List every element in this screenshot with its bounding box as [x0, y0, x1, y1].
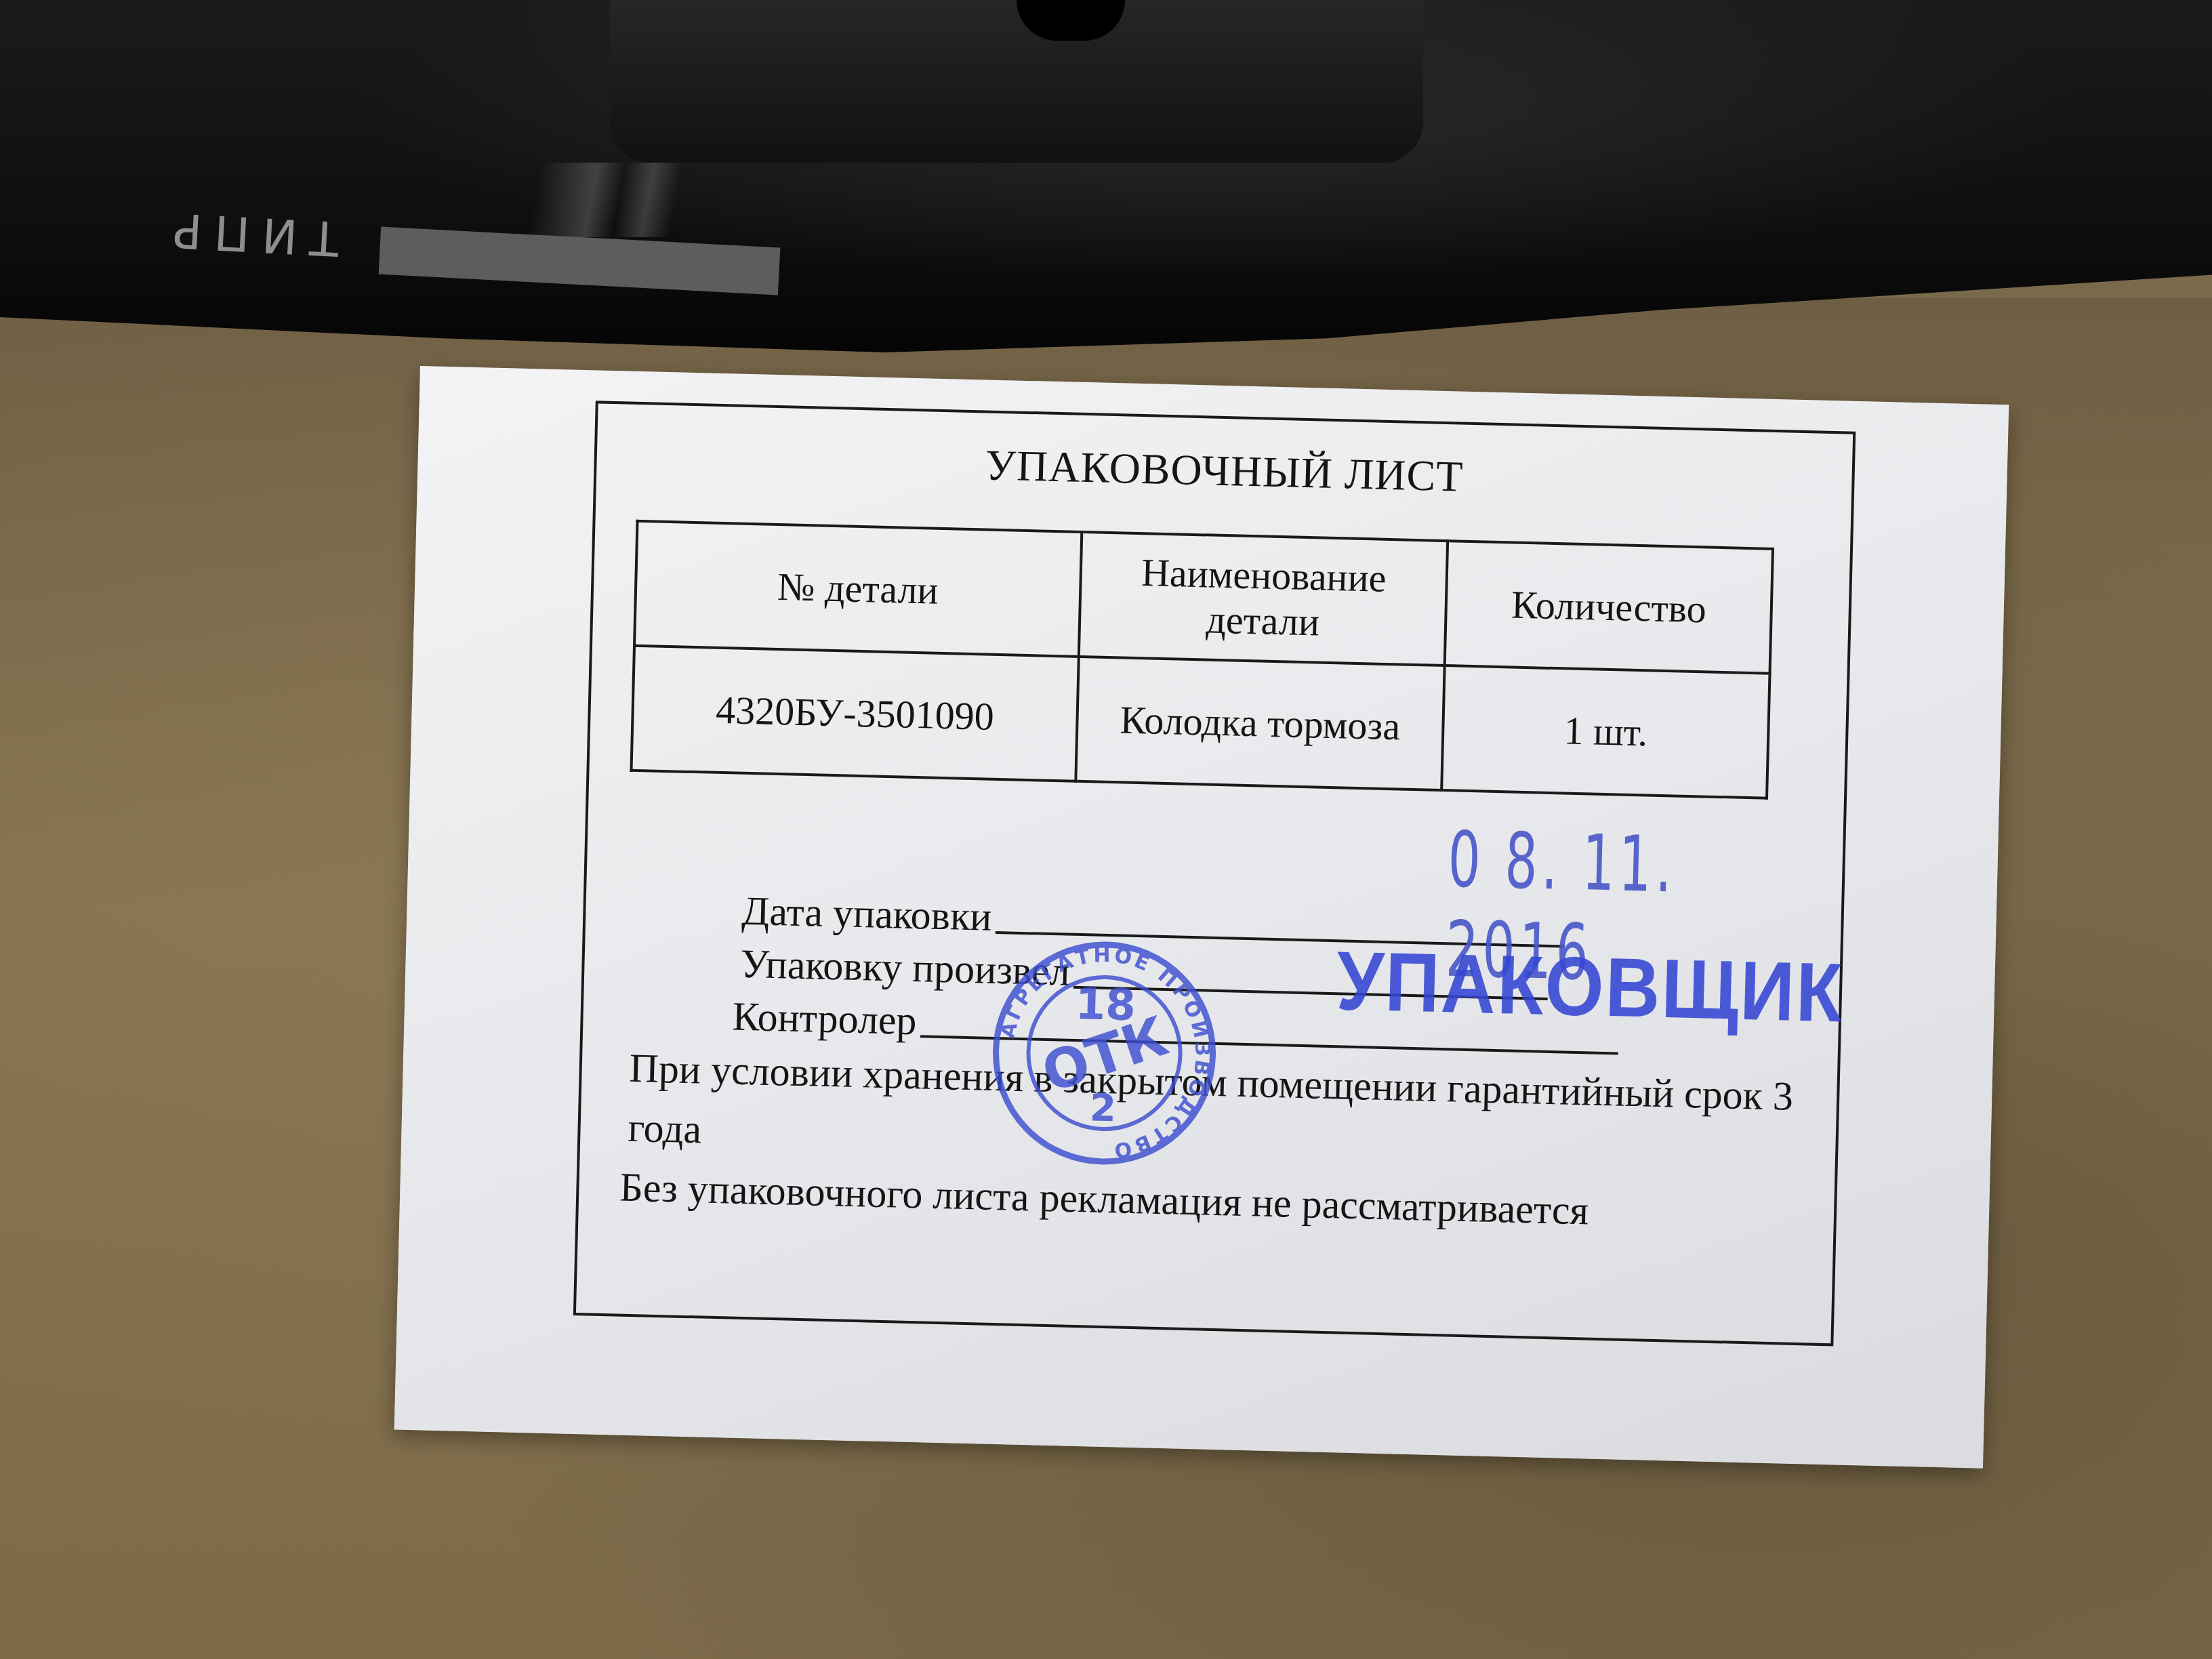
field-label: Контролер: [732, 994, 917, 1045]
otk-stamp: АГРЕГАТНОЕ ПРОИЗВОДСТВО 18 ОТК 2: [986, 935, 1222, 1171]
packing-slip: УПАКОВОЧНЫЙ ЛИСТ № детали Наименование д…: [394, 366, 2009, 1469]
cell-part-name: Колодка тормоза: [1076, 657, 1445, 790]
header-part-name: Наименование детали: [1078, 532, 1448, 665]
rubber-ridge: [610, 0, 1423, 163]
notes: При условии хранения в закрытом помещени…: [619, 1038, 1837, 1247]
header-quantity: Количество: [1445, 541, 1773, 674]
form-border: УПАКОВОЧНЫЙ ЛИСТ № детали Наименование д…: [573, 401, 1856, 1346]
light-glint: [522, 163, 698, 237]
parts-table: № детали Наименование детали Количество …: [630, 520, 1774, 800]
otk-number-bottom: 2: [1089, 1086, 1117, 1130]
field-label: Дата упаковки: [741, 888, 993, 941]
document-title: УПАКОВОЧНЫЙ ЛИСТ: [596, 430, 1852, 511]
cell-part-number: 4320БУ-3501090: [632, 646, 1079, 781]
object-marking: ТИПР: [160, 201, 340, 266]
header-part-number: № детали: [634, 521, 1082, 657]
packer-stamp: УПАКОВЩИК: [1336, 933, 1845, 1041]
cell-quantity: 1 шт.: [1441, 665, 1769, 798]
gray-label-strip: [379, 227, 781, 295]
